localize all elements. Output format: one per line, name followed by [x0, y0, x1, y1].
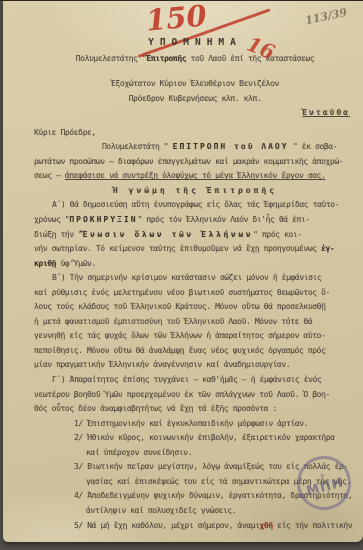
- section-a-text: διώξῃ τήν ": [34, 230, 83, 239]
- opinion-heading: Ἡ γνώμη τῆς Ἐπιτροπῆς: [34, 184, 356, 199]
- approval-emphasis: ἐγ-: [321, 244, 334, 253]
- qualification-item: 2/ Ἠθικόν κῦρος, κοινωνικήν ἐπιβολήν, ἐξ…: [34, 431, 356, 446]
- proclamation-emphasis: ΠΡΟΚΗΡΥΞΙΝ: [69, 215, 137, 224]
- section-a-line: κριθῇ ὑφ'Ὑμῶν.: [34, 257, 356, 272]
- place-text: Ἐνταῦθα: [302, 108, 350, 117]
- stamp-letters: ΜΠΗ: [305, 475, 345, 499]
- subtitle-emphasis: Ἐπιτροπῆς: [146, 54, 186, 63]
- section-b-line: καί ρύθμισις ἑνός μελετημένου νέου βιωτι…: [34, 286, 356, 301]
- committee-name-emphasis: ΕΠΙΤΡΟΠΗ τοῦ ΛΑΟΥ: [173, 142, 289, 151]
- subtitle-text-end: τοῦ Λαοῦ ἐπί τῆς καταστάσεως: [186, 54, 314, 63]
- typed-document: ΥΠΟΜΝΗΜΑ Πολυμελεστάτης "Ἐπιτροπῆς τοῦ Λ…: [34, 36, 356, 533]
- intro-line: ρωτάτων προσώπων – διαφόρων ἐπαγγελμάτων…: [34, 155, 356, 170]
- addressee-line-2: Πρόεδρον Κυβερνήσεως κλπ. κλπ.: [34, 92, 356, 107]
- underlined-pledge: ἀπεφάσισε νά συντρέξῃ ὁλοψύχως τό μέγα Ἑ…: [65, 171, 326, 180]
- section-b-line: μίαν πραγματικήν Ἑλληνικήν ἀναγέννησιν κ…: [34, 358, 356, 373]
- section-a-text-end: " πρός τόν Ἑλληνικόν Λαόν δι'ἧς θά ἐπι-: [138, 215, 310, 224]
- salutation: Κύριε Πρόεδρε,: [34, 126, 356, 141]
- handwritten-number-crossed: 150: [145, 0, 208, 38]
- subtitle-text: Πολυμελεστάτης ": [76, 54, 147, 63]
- section-b-line: πεποίθησις. Μόνον οὕτω θά ἀναλάμψῃ ἕνας …: [34, 344, 356, 359]
- qualification-item-continuation: καί ὑπέροχον συνείδησιν.: [34, 446, 356, 461]
- section-b-line: ἡ μετά φανατισμοῦ ἐμπιστοσύνη τοῦ Ἑλληνι…: [34, 315, 356, 330]
- document-subtitle: Πολυμελεστάτης "Ἐπιτροπῆς τοῦ Λαοῦ ἐπί τ…: [34, 52, 356, 67]
- intro-line: σεως – ἀπεφάσισε νά συντρέξῃ ὁλοψύχως τό…: [34, 169, 356, 184]
- section-a-text-end: " πρός κοι-: [253, 230, 302, 239]
- intro-line: Πολυμελεστάτη " ΕΠΙΤΡΟΠΗ τοῦ ΛΑΟΥ " ἐκ σ…: [34, 140, 356, 155]
- section-a-line: νήν σωτηρίαν. Τό κείμενον ταύτης ἐπιθυμο…: [34, 242, 356, 257]
- intro-text-end: " ἐκ σοβα-: [289, 142, 338, 151]
- section-a-line: διώξῃ τήν "Ἕνωσιν ὅλων τῶν Ἑλλήνων" πρός…: [34, 228, 356, 243]
- section-c-line: νεωτέρου βοηθοῦ Ὑμῶν προερχομένου ἐκ τῶν…: [34, 388, 356, 403]
- section-a-line: Α΄) Θά δημοσιεύσῃ αὕτη ἐνυπογράφως εἰς ὅ…: [34, 198, 356, 213]
- section-c-line: θός οὗτος δέον ἀναμφισβητήτως νά ἔχῃ τά …: [34, 402, 356, 417]
- section-a-text-end: ὑφ'Ὑμῶν.: [56, 259, 96, 268]
- document-title: ΥΠΟΜΝΗΜΑ: [34, 36, 356, 51]
- section-b-line: Β΄) Τήν σημερινήν κρίσιμον κατάστασιν σώ…: [34, 271, 356, 286]
- section-b-line: γεννηθῇ εἰς τάς ψυχάς ὅλων τῶν Ἑλλήνων ἡ…: [34, 329, 356, 344]
- intro-text: σεως –: [34, 171, 65, 180]
- intro-text: Πολυμελεστάτη ": [102, 142, 173, 151]
- red-overtyped-correction: χθῆ: [260, 521, 273, 530]
- section-b-line: λους τούς κλάδους τοῦ Ἑλληνικοῦ Κράτους.…: [34, 300, 356, 315]
- qualification-text-end: εἰς τήν πολιτικήν: [273, 521, 353, 530]
- place-line: Ἐνταῦθα: [34, 106, 356, 121]
- union-emphasis: Ἕνωσιν ὅλων τῶν Ἑλλήνων: [83, 230, 254, 239]
- qualification-item-continuation: ἀντίληψιν καί πολυσχιδεῖς γνώσεις.: [34, 504, 356, 519]
- addressee-line-1: Ἐξοχώτατον Κύριον Ἐλευθέριον Βενιζέλον: [34, 77, 356, 92]
- qualification-item: 1/ Ἐπιστημονικήν καί ἐγκυκλοπαιδικήν μόρ…: [34, 417, 356, 432]
- section-c-line: Γ΄) Ἀπαραίτητος ἐπίσης τυγχάνει – καθ'ἡμ…: [34, 373, 356, 388]
- section-a-line: χρόνως "ΠΡΟΚΗΡΥΞΙΝ" πρός τόν Ἑλληνικόν Λ…: [34, 213, 356, 228]
- qualification-text: 5/ Νά μή ἔχῃ καθόλου, μέχρι σήμερον, ἀνα…: [74, 521, 260, 530]
- section-a-text: χρόνως ": [34, 215, 69, 224]
- approval-emphasis: κριθῇ: [34, 259, 56, 268]
- qualification-item: 5/ Νά μή ἔχῃ καθόλου, μέχρι σήμερον, ἀνα…: [34, 519, 356, 534]
- section-a-text: νήν σωτηρίαν. Τό κείμενον ταύτης ἐπιθυμο…: [34, 244, 321, 253]
- scanned-memo-page: { "colors": { "paper": "#d3c6a4", "ink":…: [0, 0, 363, 550]
